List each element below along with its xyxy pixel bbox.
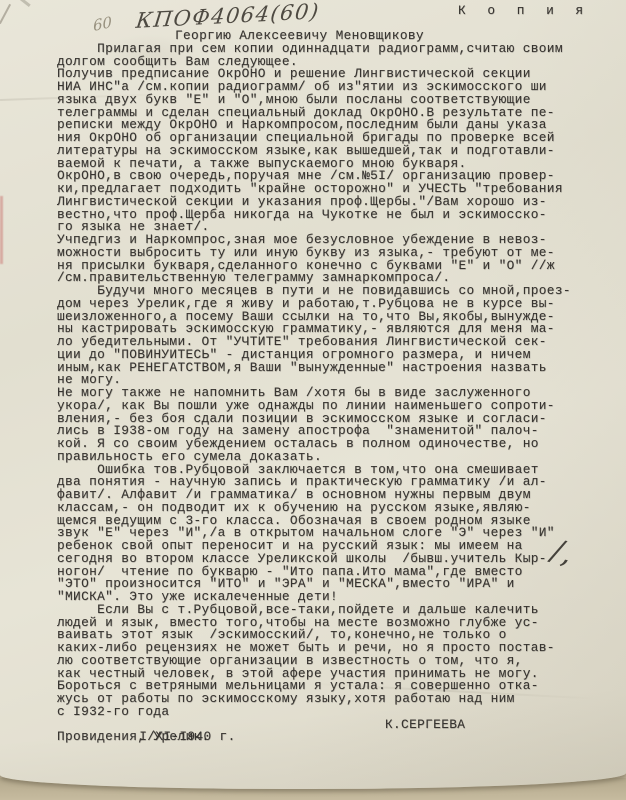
letter-body: Прилагая при сем копии одиннадцати радио… (57, 43, 607, 719)
pencil-stroke-mark (0, 4, 11, 24)
red-edge-mark (0, 196, 3, 264)
scanned-letter-page: 60 КПОФ4064(60) К о п и я Георгию Алексе… (0, 0, 626, 800)
letter-date: I/XI-I940 г. (121, 729, 235, 744)
date-signature-row: I/XI-I940 г. К.СЕРГЕЕВА (57, 719, 607, 732)
copy-label: К о п и я (458, 5, 590, 18)
letter-text-block: Георгию Алексеевичу Меновщикову Прилагая… (57, 30, 607, 744)
signature: К.СЕРГЕЕВА (385, 719, 465, 732)
paper-sheet: 60 КПОФ4064(60) К о п и я Георгию Алексе… (0, 0, 626, 789)
corner-crease (0, 0, 31, 7)
